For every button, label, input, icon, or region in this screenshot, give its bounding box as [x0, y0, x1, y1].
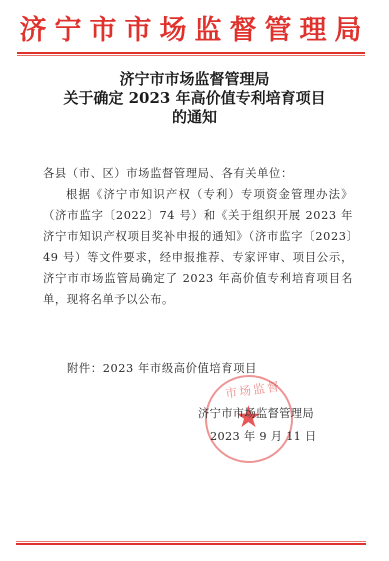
title-line-3: 的通知 — [0, 108, 389, 127]
title-line-2: 关于确定 2023 年高价值专利培育项目 — [0, 89, 389, 108]
title-line-1: 济宁市市场监督管理局 — [0, 70, 389, 89]
letterhead-divider — [17, 52, 365, 56]
agency-letterhead: 济宁市市场监督管理局 — [0, 14, 389, 48]
footer-divider — [16, 541, 366, 545]
body-paragraph: 根据《济宁市知识产权（专利）专项资金管理办法》（济市监字〔2022〕74 号）和… — [43, 184, 353, 310]
issuer-signature: 济宁市市场监督管理局 — [198, 405, 314, 421]
seal-arc-text: 市场监督 — [224, 377, 282, 402]
divider-thin-line — [17, 55, 365, 56]
document-body: 各县（市、区）市场监督管理局、各有关单位： 根据《济宁市知识产权（专利）专项资金… — [43, 163, 353, 310]
document-title: 济宁市市场监督管理局 关于确定 2023 年高价值专利培育项目 的通知 — [0, 70, 389, 127]
divider-thick-line — [17, 52, 365, 54]
issue-date: 2023 年 9 月 11 日 — [210, 428, 317, 444]
footer-thin-line — [16, 541, 366, 542]
attachment-note: 附件：2023 年市级高价值培育项目 — [67, 360, 257, 376]
salutation: 各县（市、区）市场监督管理局、各有关单位： — [43, 163, 353, 184]
footer-thick-line — [16, 543, 366, 545]
